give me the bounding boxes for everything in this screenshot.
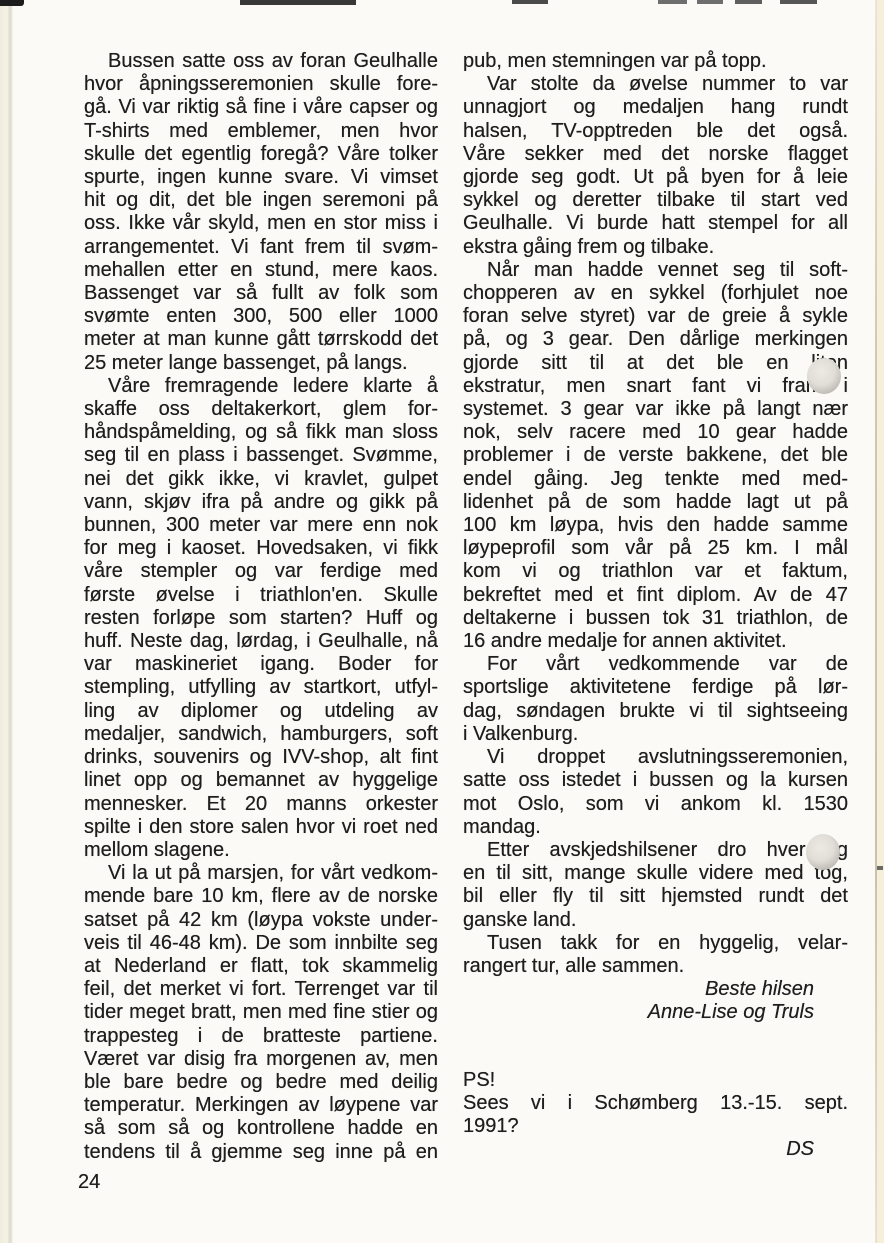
text-line: Bassenget var så fullt av folk som xyxy=(84,282,438,305)
right-page-edge xyxy=(876,0,884,1243)
text-line: systemet. 3 gear var ikke på langt nær xyxy=(463,398,848,421)
text-line: 100 km løypa, hvis den hadde samme xyxy=(463,514,848,537)
hole-punch-bottom xyxy=(806,834,840,870)
text-line: foran selve styret) var de greie å sykle xyxy=(463,305,848,328)
text-line: 16 andre medalje for annen aktivitet. xyxy=(463,630,848,653)
paragraph: Bussen satte oss av foran Geulhallehvor … xyxy=(84,50,438,375)
text-line: T-shirts med emblemer, men hvor xyxy=(84,120,438,143)
text-line: halsen, TV-opptreden ble det også. xyxy=(463,120,848,143)
ps-question-line1: Sees vi i Schømberg 13.-15. sept. xyxy=(463,1092,848,1115)
text-line: vann, skjøv ifra på andre og gikk på xyxy=(84,491,438,514)
text-line: pub, men stemningen var på topp. xyxy=(463,50,848,73)
text-line: Var stolte da øvelse nummer to var xyxy=(463,73,848,96)
top-edge-scan-mark xyxy=(780,0,817,4)
page-number: 24 xyxy=(78,1170,100,1194)
ps-question-line2: 1991? xyxy=(463,1115,848,1138)
text-line: unnagjort og medaljen hang rundt xyxy=(463,96,848,119)
text-line: rangert tur, alle sammen. xyxy=(463,955,848,978)
text-line: nei det gikk ikke, vi kravlet, gulpet xyxy=(84,468,438,491)
text-line: kom vi og triathlon var et faktum, xyxy=(463,560,848,583)
text-line: meter at man kunne gått tørrskodd det xyxy=(84,328,438,351)
text-line: sportslige aktivitetene ferdige på lør- xyxy=(463,676,848,699)
right-text-column: pub, men stemningen var på topp.Var stol… xyxy=(463,50,848,1161)
paragraph: Tusen takk for en hyggelig, velar-ranger… xyxy=(463,932,848,978)
text-line: våre stempler og var ferdige med xyxy=(84,560,438,583)
text-line: deltakerne i bussen tok 31 triathlon, de xyxy=(463,607,848,630)
text-line: linet opp og bemannet av hyggelige xyxy=(84,769,438,792)
text-line: skaffe oss deltakerkort, glem for- xyxy=(84,398,438,421)
text-line: Vi droppet avslutningsseremonien, xyxy=(463,746,848,769)
text-line: så som så og kontrollene hadde en xyxy=(84,1117,438,1140)
signature-names: Anne-Lise og Truls xyxy=(463,1001,848,1024)
text-line: løypeprofil som vår på 25 km. I mål xyxy=(463,537,848,560)
text-line: nok, selv racere med 10 gear hadde xyxy=(463,421,848,444)
text-line: ble bare bedre og bedre med deilig xyxy=(84,1071,438,1094)
text-line: Været var disig fra morgenen av, men xyxy=(84,1048,438,1071)
text-line: Tusen takk for en hyggelig, velar- xyxy=(463,932,848,955)
paragraph: Var stolte da øvelse nummer to varunnagj… xyxy=(463,73,848,259)
paragraph: Vi la ut på marsjen, for vårt vedkom-men… xyxy=(84,862,438,1164)
text-line: mandag. xyxy=(463,816,848,839)
text-line: ling av diplomer og utdeling av xyxy=(84,700,438,723)
top-edge-scan-mark xyxy=(240,0,356,5)
text-line: feil, det merket vi fort. Terrenget var … xyxy=(84,978,438,1001)
text-line: medaljer, sandwich, hamburgers, soft xyxy=(84,723,438,746)
text-line: svømte enten 300, 500 eller 1000 xyxy=(84,305,438,328)
signature-block: Beste hilsen Anne-Lise og Truls xyxy=(463,978,848,1024)
text-line: arrangementet. Vi fant frem til svøm- xyxy=(84,236,438,259)
text-line: på, og 3 gear. Den dårlige merkingen xyxy=(463,328,848,351)
text-line: mot Oslo, som vi ankom kl. 1530 xyxy=(463,793,848,816)
top-edge-scan-mark xyxy=(658,0,687,4)
text-line: hvor åpningsseremonien skulle fore- xyxy=(84,73,438,96)
scanned-newsletter-page: Bussen satte oss av foran Geulhallehvor … xyxy=(0,0,884,1243)
text-line: veis til 46-48 km). De som innbilte seg xyxy=(84,932,438,955)
text-line: i Valkenburg. xyxy=(463,723,848,746)
paragraph: Våre fremragende ledere klarte åskaffe o… xyxy=(84,375,438,862)
text-line: tider meget bratt, men med fine stier og xyxy=(84,1001,438,1024)
text-line: dag, søndagen brukte vi til sightseeing xyxy=(463,700,848,723)
right-page-edge-line xyxy=(875,0,877,1243)
text-line: bil eller fly til sitt hjemsted rundt de… xyxy=(463,885,848,908)
text-line: første øvelse i triathlon'en. Skulle xyxy=(84,584,438,607)
text-line: gå. Vi var riktig så fine i våre capser … xyxy=(84,96,438,119)
text-line: For vårt vedkommende var de xyxy=(463,653,848,676)
ps-heading: PS! xyxy=(463,1069,848,1092)
text-line: bunnen, 300 meter var mere enn nok xyxy=(84,514,438,537)
text-line: ganske land. xyxy=(463,909,848,932)
text-line: lidenhet på de som hadde lagt ut på xyxy=(463,491,848,514)
text-line: Geulhalle. Vi burde hatt stempel for all xyxy=(463,212,848,235)
top-edge-scan-mark xyxy=(735,0,762,4)
text-line: resten forløpe som starten? Huff og xyxy=(84,607,438,630)
left-page-edge xyxy=(0,0,13,1243)
text-line: trappesteg i de bratteste partiene. xyxy=(84,1025,438,1048)
text-line: Etter avskjedshilsener dro hver og xyxy=(463,839,848,862)
left-text-column: Bussen satte oss av foran Geulhallehvor … xyxy=(84,50,438,1164)
text-line: gjorde sitt til at det ble en liten xyxy=(463,352,848,375)
text-line: Våre fremragende ledere klarte å xyxy=(84,375,438,398)
text-line: stempling, utfylling av startkort, utfyl… xyxy=(84,676,438,699)
text-line: var maskineriet igang. Boder for xyxy=(84,653,438,676)
text-line: drinks, souvenirs og IVV-shop, alt fint xyxy=(84,746,438,769)
text-line: Vi la ut på marsjen, for vårt vedkom- xyxy=(84,862,438,885)
text-line: endel gåing. Jeg tenkte med med- xyxy=(463,468,848,491)
text-line: håndspåmelding, og så fikk man sloss xyxy=(84,421,438,444)
text-line: satte oss istedet i bussen og la kursen xyxy=(463,769,848,792)
paragraph: Vi droppet avslutningsseremonien,satte o… xyxy=(463,746,848,839)
postscript-block: PS! Sees vi i Schømberg 13.-15. sept. 19… xyxy=(463,1069,848,1162)
text-line: seg til en plass i bassenget. Svømme, xyxy=(84,444,438,467)
paragraph: pub, men stemningen var på topp. xyxy=(463,50,848,73)
text-line: tendens til å gjemme seg inne på en xyxy=(84,1141,438,1164)
paragraph: For vårt vedkommende var desportslige ak… xyxy=(463,653,848,746)
text-line: satset på 42 km (løypa vokste under- xyxy=(84,909,438,932)
text-line: Bussen satte oss av foran Geulhalle xyxy=(84,50,438,73)
text-line: bekreftet med et fint diplom. Av de 47 xyxy=(463,584,848,607)
text-line: mehallen etter en stund, mere kaos. xyxy=(84,259,438,282)
paragraph: Når man hadde vennet seg til soft-choppe… xyxy=(463,259,848,653)
top-edge-scan-mark xyxy=(697,0,723,4)
text-line: en til sitt, mange skulle videre med tog… xyxy=(463,862,848,885)
ps-initials: DS xyxy=(463,1138,848,1161)
text-line: skulle det egentlig foregå? Våre tolker xyxy=(84,143,438,166)
text-line: Når man hadde vennet seg til soft- xyxy=(463,259,848,282)
text-line: chopperen av en sykkel (forhjulet noe xyxy=(463,282,848,305)
text-line: mellom slagene. xyxy=(84,839,438,862)
text-line: spilte i den store salen hvor vi roet ne… xyxy=(84,816,438,839)
text-line: gjorde seg godt. Ut på byen for å leie xyxy=(463,166,848,189)
text-line: spurte, ingen kunne svare. Vi vimset xyxy=(84,166,438,189)
top-left-scan-mark xyxy=(0,0,24,6)
text-line: oss. Ikke vår skyld, men en stor miss i xyxy=(84,212,438,235)
signature-closing: Beste hilsen xyxy=(463,978,848,1001)
top-edge-scan-mark xyxy=(512,0,548,4)
text-line: mennesker. Et 20 manns orkester xyxy=(84,793,438,816)
right-edge-scan-mark xyxy=(877,866,883,870)
text-line: Våre sekker med det norske flagget xyxy=(463,143,848,166)
text-line: at Nederland er flatt, tok skammelig xyxy=(84,955,438,978)
text-line: sykkel og deretter tilbake til start ved xyxy=(463,189,848,212)
hole-punch-top xyxy=(807,358,841,394)
text-line: problemer i de verste bakkene, det ble xyxy=(463,444,848,467)
paragraph: Etter avskjedshilsener dro hver ogen til… xyxy=(463,839,848,932)
text-line: huff. Neste dag, lørdag, i Geulhalle, nå xyxy=(84,630,438,653)
text-line: ekstratur, men snart fant vi fram i xyxy=(463,375,848,398)
text-line: ekstra gåing frem og tilbake. xyxy=(463,236,848,259)
text-line: temperatur. Merkingen av løypene var xyxy=(84,1094,438,1117)
right-column-paragraphs: pub, men stemningen var på topp.Var stol… xyxy=(463,50,848,978)
text-line: for meg i kaoset. Hovedsaken, vi fikk xyxy=(84,537,438,560)
text-line: hit og dit, det ble ingen seremoni på xyxy=(84,189,438,212)
text-line: 25 meter lange bassenget, på langs. xyxy=(84,352,438,375)
text-line: mende bare 10 km, flere av de norske xyxy=(84,885,438,908)
